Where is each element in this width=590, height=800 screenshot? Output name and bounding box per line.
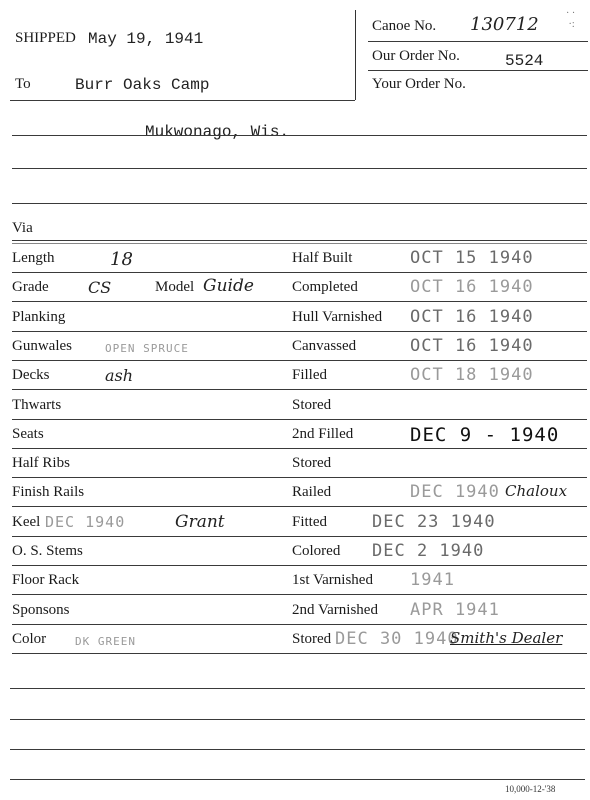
field-value-railed-8: DEC 1940 <box>410 482 500 502</box>
field-label-2nd-filled-6: 2nd Filled <box>292 426 353 443</box>
field-value-length: 18 <box>110 249 133 270</box>
field-signature-keel: Grant <box>175 512 225 532</box>
field-label-2nd-varnished-12: 2nd Varnished <box>292 602 378 619</box>
field-label-color: Color <box>12 631 46 648</box>
recipient-name: Burr Oaks Camp <box>75 76 209 94</box>
to-label: To <box>15 76 31 93</box>
field-label-fitted-9: Fitted <box>292 514 327 531</box>
field-value-2nd-varnished-12: APR 1941 <box>410 600 500 620</box>
field-label-stored-13: Stored <box>292 631 331 648</box>
field-value-completed-1: OCT 16 1940 <box>410 277 534 297</box>
field-label-floor-rack: Floor Rack <box>12 572 79 589</box>
field-signature-railed-8: Chaloux <box>505 482 567 500</box>
field-value-half-built-0: OCT 15 1940 <box>410 248 534 268</box>
field-label-railed-8: Railed <box>292 484 331 501</box>
model-value: Guide <box>203 276 254 296</box>
field-signature-stored-13: Smith's Dealer <box>450 629 562 647</box>
field-value-keel: DEC 1940 <box>45 513 125 531</box>
field-label-decks: Decks <box>12 367 50 384</box>
field-value-grade: CS <box>88 278 111 297</box>
via-label: Via <box>12 220 33 237</box>
field-label-canvassed-3: Canvassed <box>292 338 356 355</box>
shipped-date: May 19, 1941 <box>88 30 203 48</box>
field-label-o-s-stems: O. S. Stems <box>12 543 83 560</box>
shipped-label: SHIPPED <box>15 30 76 47</box>
field-label-gunwales: Gunwales <box>12 338 72 355</box>
field-label-length: Length <box>12 250 55 267</box>
field-label-sponsons: Sponsons <box>12 602 70 619</box>
field-label-hull-varnished-2: Hull Varnished <box>292 309 382 326</box>
our-order-value: 5524 <box>505 52 543 70</box>
field-label-stored-7: Stored <box>292 455 331 472</box>
our-order-label: Our Order No. <box>372 48 460 65</box>
field-value-hull-varnished-2: OCT 16 1940 <box>410 307 534 327</box>
field-label-filled-4: Filled <box>292 367 327 384</box>
field-label-seats: Seats <box>12 426 44 443</box>
field-label-thwarts: Thwarts <box>12 397 61 414</box>
field-label-completed-1: Completed <box>292 279 358 296</box>
corner-marks: · · ·: <box>566 8 575 30</box>
field-label-colored-10: Colored <box>292 543 340 560</box>
field-label-half-built-0: Half Built <box>292 250 352 267</box>
field-label-grade: Grade <box>12 279 49 296</box>
model-label: Model <box>155 279 194 296</box>
field-label-half-ribs: Half Ribs <box>12 455 70 472</box>
canoe-no-value: 130712 <box>470 14 539 35</box>
field-label-stored-5: Stored <box>292 397 331 414</box>
field-value-color: DK GREEN <box>75 635 136 648</box>
field-value-colored-10: DEC 2 1940 <box>372 541 484 561</box>
field-value-decks: ash <box>105 366 133 385</box>
field-value-2nd-filled-6: DEC 9 - 1940 <box>410 424 559 446</box>
field-label-finish-rails: Finish Rails <box>12 484 84 501</box>
field-value-filled-4: OCT 18 1940 <box>410 365 534 385</box>
field-value-canvassed-3: OCT 16 1940 <box>410 336 534 356</box>
field-label-planking: Planking <box>12 309 65 326</box>
field-value-fitted-9: DEC 23 1940 <box>372 512 496 532</box>
form-code: 10,000-12-'38 <box>505 784 555 794</box>
field-value-1st-varnished-11: 1941 <box>410 570 455 590</box>
field-label-1st-varnished-11: 1st Varnished <box>292 572 373 589</box>
field-value-stored-13: DEC 30 1940 <box>335 629 459 649</box>
recipient-address: Mukwonago, Wis. <box>145 123 289 141</box>
field-label-keel: Keel <box>12 514 40 531</box>
field-value-gunwales: OPEN SPRUCE <box>105 342 189 355</box>
canoe-no-label: Canoe No. <box>372 18 436 35</box>
your-order-label: Your Order No. <box>372 76 466 93</box>
